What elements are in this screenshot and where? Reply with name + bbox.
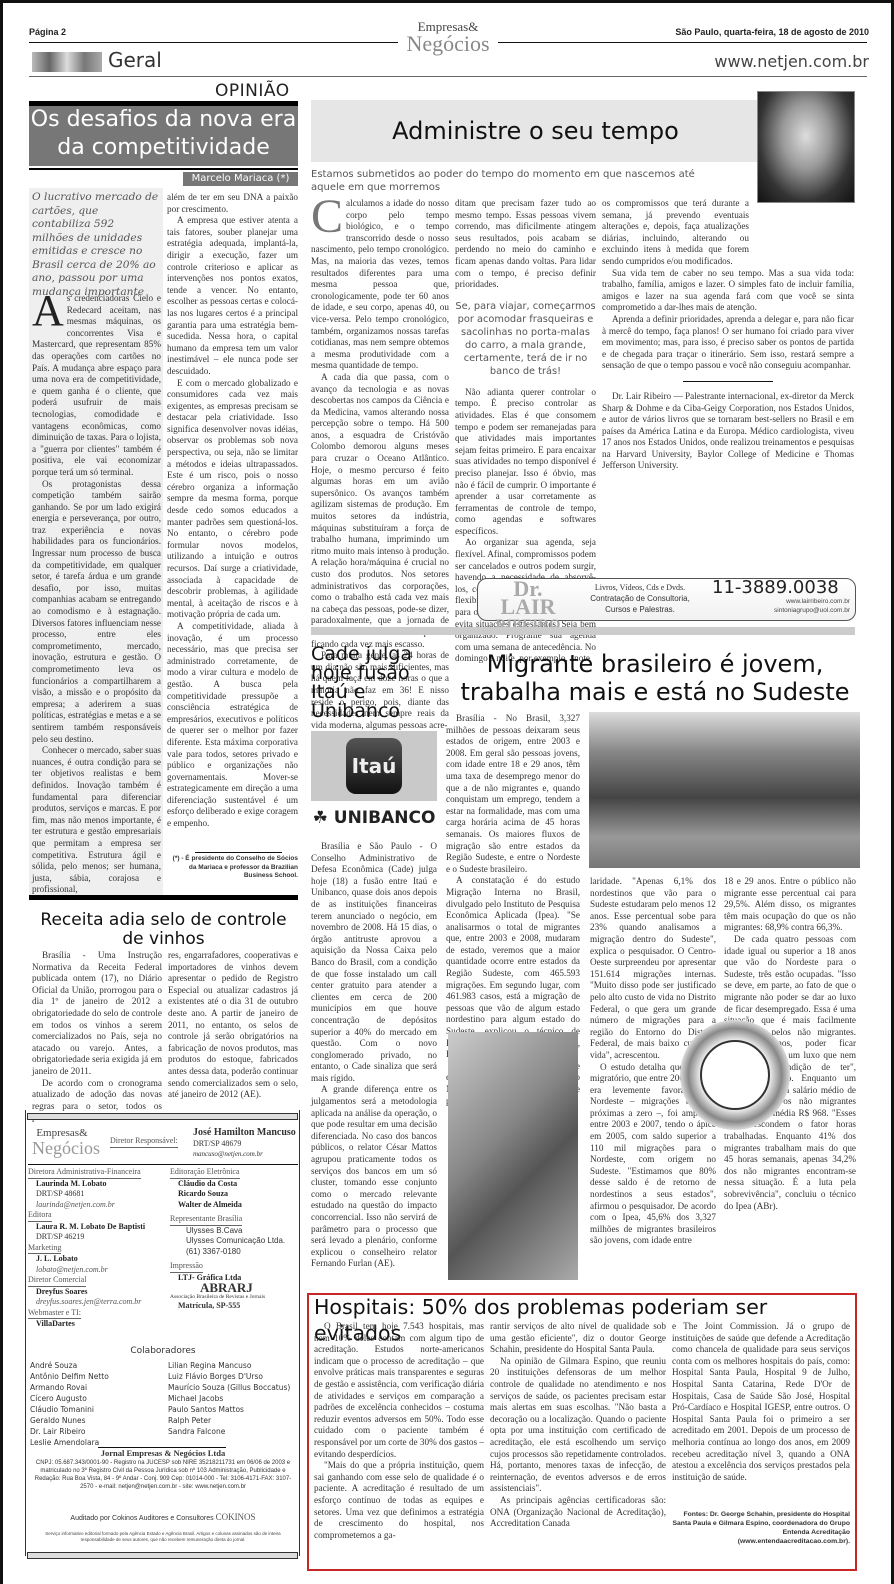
audit-line: Auditado por Cokinos Auditores e Consult… (30, 1512, 296, 1522)
migrant-photo (448, 1032, 578, 1280)
migrante-title: Migrante brasileiro é jovem, trabalha ma… (445, 650, 865, 706)
section-image (32, 52, 102, 72)
masthead-bar-top (27, 1113, 298, 1120)
itau-logo: Itaú (346, 738, 402, 794)
receita-column-2: res, engarrafadores, cooperativas e impo… (168, 950, 298, 1101)
issue-date: São Paulo, quarta-feira, 18 de agosto de… (675, 27, 869, 37)
opinion-lead: O lucrativo mercado de cartões, que cont… (29, 188, 163, 299)
cokinos-logo: COKINOS (216, 1512, 256, 1522)
hospitais-column-1: O Brasil tem hoje 7.543 hospitais, mas n… (314, 1321, 484, 1541)
masthead-rule (28, 1164, 298, 1165)
masthead-logo: Empresas& Negócios (398, 20, 498, 76)
opinion-label: OPINIÃO (215, 81, 290, 101)
section-title: Geral (32, 48, 162, 72)
unibanco-logo: ☘ UNIBANCO (311, 808, 437, 828)
hospitais-sources: Fontes: Dr. George Schahin, presidente d… (672, 1510, 850, 1546)
staff-left: Diretora Administrativa-Financeira Lauri… (28, 1167, 168, 1330)
company-info: CNPJ: 05.687.343/0001-90 - Registro na J… (30, 1459, 296, 1491)
opinion-bottom-bar (29, 895, 298, 900)
tempo-column-3: os compromissos que terá durante a seman… (602, 198, 854, 472)
itau-logo-box: Itaú (311, 731, 437, 801)
colab-left: André SouzaAntônio Delfim NettoArmando R… (30, 1360, 165, 1448)
site-url[interactable]: www.netjen.com.br (714, 52, 869, 71)
tempo-subtitle: Estamos submetidos ao poder do tempo do … (311, 168, 731, 194)
author-bio: Dr. Lair Ribeiro — Palestrante internaci… (602, 391, 854, 472)
hospitais-column-2: rantir serviços de alto nível de qualida… (490, 1321, 666, 1530)
opinion-column-1: As credenciadoras Cielo e Redecard aceit… (32, 293, 161, 896)
dropcap: A (32, 293, 64, 329)
colab-right: Lilian Regina MancusoLuiz Flávio Borges … (168, 1360, 300, 1437)
company-name: Jornal Empresas & Negócios Ltda (28, 1448, 298, 1459)
opinion-column-2: além de ter em seu DNA a paixão por cres… (167, 192, 298, 830)
author-footnote: (*) - É presidente do Conselho de Sócios… (170, 855, 298, 881)
masthead-bar-bottom (27, 1552, 298, 1559)
ad-phone: 11-3889.0038 (712, 577, 839, 598)
bio-rule (683, 381, 773, 382)
ad-contact: www.lairribeiro.com.brsintoniagrupo@uol.… (720, 597, 850, 615)
ad-text: Livros, Vídeos, Cds e Dvds.Contratação d… (580, 582, 700, 615)
header-rule-2 (29, 76, 867, 77)
receita-title: Receita adia selo de controle de vinhos (29, 911, 298, 949)
footnote-rule (195, 852, 282, 853)
staff-right: Editoração Eletrônica Cláudio da CostaRi… (170, 1167, 298, 1311)
opinion-rule (29, 168, 298, 170)
receita-column-1: Brasília - Uma Instrução Normativa da Re… (32, 950, 162, 1124)
opinion-author: Marcelo Mariaca (*) (183, 172, 298, 186)
tempo-title: Administre o seu tempo (311, 100, 760, 162)
director-label: Diretor Responsável: (110, 1136, 178, 1148)
ad-logo: Dr. LAIRRIBEIRO (488, 580, 568, 620)
cade-title: Cade julga hoje fusão Itaú e Unibanco (311, 645, 436, 721)
disclaimer: Serviço informativo editorial formado pe… (30, 1531, 296, 1543)
masthead-box-logo: Empresas& Negócios (32, 1128, 92, 1157)
director-info: José Hamilton Mancuso DRT/SP 48679 mancu… (193, 1128, 296, 1160)
dropcap: C (311, 198, 343, 236)
hospitais-column-3: e The Joint Commission. Já o grupo de in… (672, 1321, 850, 1483)
opinion-title: Os desafios da nova era da competitivida… (29, 106, 298, 166)
abrarj-logo: ABRARJ (170, 1283, 298, 1294)
author-photo (757, 91, 855, 203)
pull-quote: Se, para viajar, começarmos por acomodar… (455, 300, 596, 378)
page-number: Página 2 (29, 27, 66, 37)
cade-body: Brasília e São Paulo - O Conselho Admini… (311, 841, 437, 1270)
colab-title: Colaboradores (28, 1346, 298, 1357)
unibanco-icon: ☘ (313, 808, 334, 828)
globe-icon (700, 1040, 770, 1110)
section-divider (311, 627, 855, 635)
train-station-photo (589, 712, 860, 868)
logo-bottom: Negócios (398, 33, 498, 55)
